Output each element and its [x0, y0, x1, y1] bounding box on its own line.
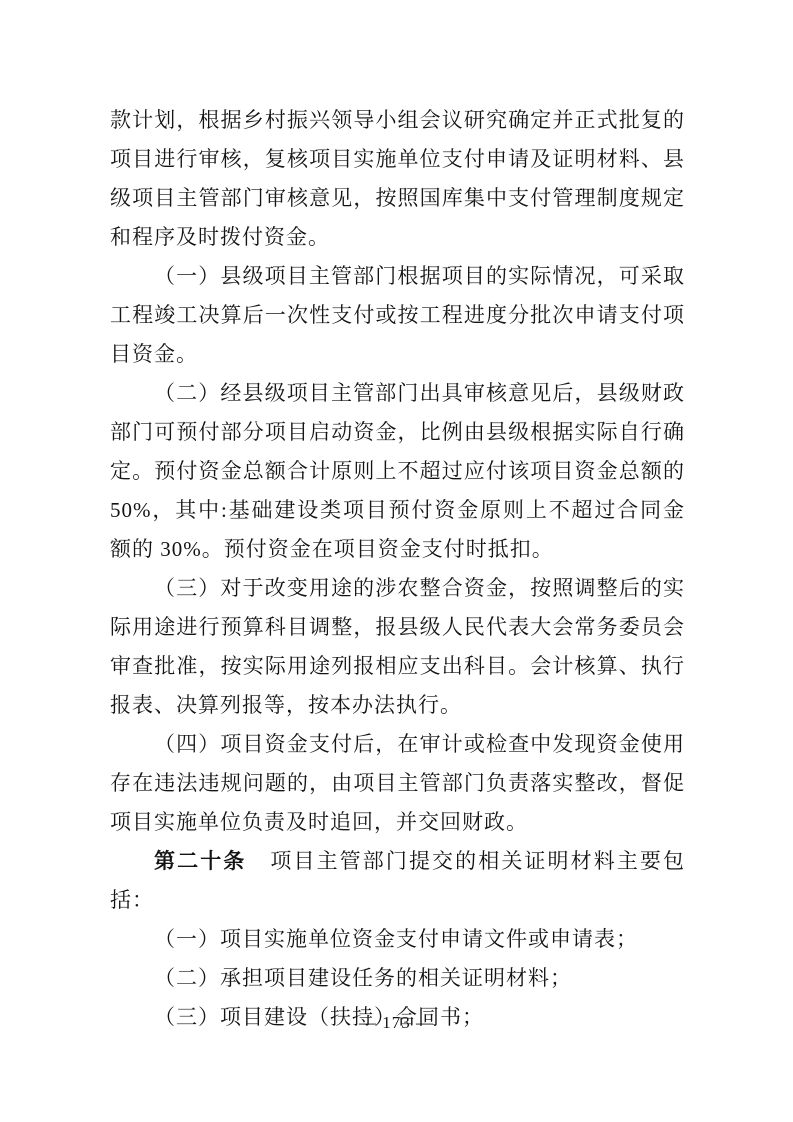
- document-page: 款计划，根据乡村振兴领导小组会议研究确定并正式批复的项目进行审核，复核项目实施单…: [0, 0, 793, 1122]
- body-paragraph: （一）项目实施单位资金支付申请文件或申请表；: [110, 920, 685, 959]
- body-paragraph: （四）项目资金支付后，在审计或检查中发现资金使用存在违法违规问题的，由项目主管部…: [110, 725, 685, 842]
- article-number-heading: 第二十条: [154, 849, 246, 873]
- body-paragraph: （二）经县级项目主管部门出具审核意见后，县级财政部门可预付部分项目启动资金，比例…: [110, 374, 685, 569]
- document-body: 款计划，根据乡村振兴领导小组会议研究确定并正式批复的项目进行审核，复核项目实施单…: [110, 101, 685, 1037]
- body-paragraph-article-20: 第二十条项目主管部门提交的相关证明材料主要包括：: [110, 842, 685, 920]
- body-paragraph: （一）县级项目主管部门根据项目的实际情况，可采取工程竣工决算后一次性支付或按工程…: [110, 257, 685, 374]
- body-paragraph: （二）承担项目建设任务的相关证明材料；: [110, 959, 685, 998]
- body-paragraph: （三）对于改变用途的涉农整合资金，按照调整后的实际用途进行预算科目调整，报县级人…: [110, 569, 685, 725]
- body-paragraph: 款计划，根据乡村振兴领导小组会议研究确定并正式批复的项目进行审核，复核项目实施单…: [110, 101, 685, 257]
- page-number: — 173 —: [0, 1013, 793, 1033]
